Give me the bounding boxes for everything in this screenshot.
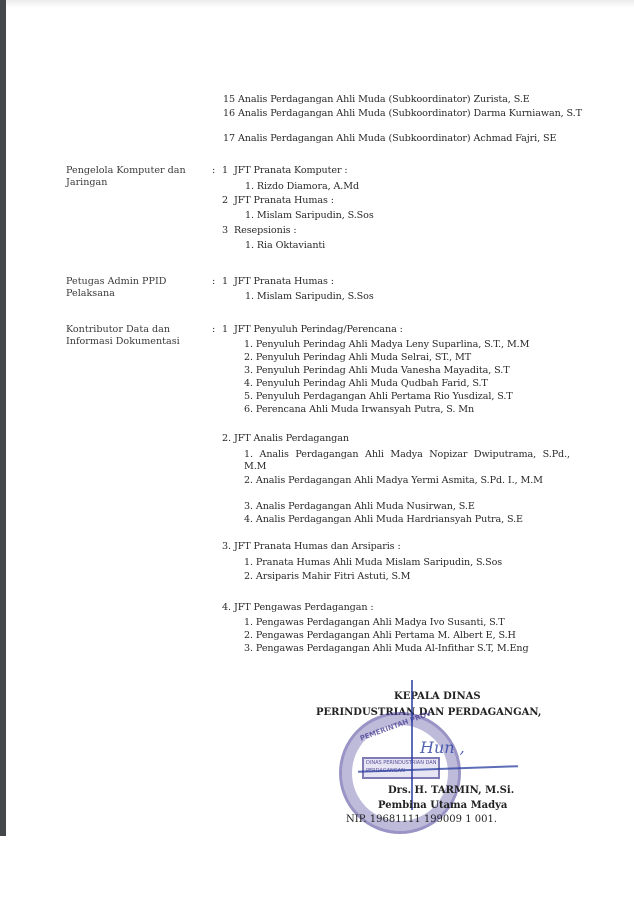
list-item: 17 Analis Perdagangan Ahli Muda (Subkoor… (223, 133, 597, 145)
member: 2. Pengawas Perdagangan Ahli Pertama M. … (244, 630, 516, 642)
member: 3. Penyuluh Perindag Ahli Muda Vanesha M… (244, 365, 510, 377)
group-number: 1 (222, 276, 228, 288)
member: 2. Penyuluh Perindag Ahli Muda Selrai, S… (244, 352, 471, 364)
member: 1. Analis Perdagangan Ahli Madya Nopizar… (244, 449, 570, 473)
list-item: 15 Analis Perdagangan Ahli Muda (Subkoor… (223, 94, 530, 106)
item-text: Analis Perdagangan Ahli Muda (Subkoordin… (238, 94, 530, 105)
group-title: Resepsionis : (234, 225, 297, 237)
signature-title: KEPALA DINAS (394, 690, 481, 703)
group-number: 4. (222, 602, 231, 614)
signatory-name: Drs. H. TARMIN, M.Si. (388, 784, 514, 797)
member: 2. Arsiparis Mahir Fitri Astuti, S.M (244, 571, 410, 583)
member: 2. Analis Perdagangan Ahli Madya Yermi A… (244, 475, 570, 487)
member: 1. Mislam Saripudin, S.Sos (245, 210, 374, 222)
colon: : (212, 276, 215, 288)
group-title: JFT Pranata Humas dan Arsiparis : (234, 541, 401, 553)
item-number: 17 (223, 133, 235, 144)
group-number: 1 (222, 324, 228, 336)
group-title: JFT Pranata Humas : (234, 276, 334, 288)
list-item: 16 Analis Perdagangan Ahli Muda (Subkoor… (223, 108, 597, 120)
group-number: 3. (222, 541, 231, 553)
signatory-nip: NIP. 19681111 199009 1 001. (346, 813, 497, 826)
item-text: Analis Perdagangan Ahli Muda (Subkoordin… (238, 108, 582, 119)
colon: : (212, 165, 215, 177)
item-text: Analis Perdagangan Ahli Muda (Subkoordin… (238, 133, 556, 144)
member: 1. Mislam Saripudin, S.Sos (245, 291, 374, 303)
group-title: JFT Penyuluh Perindag/Perencana : (234, 324, 403, 336)
item-number: 16 (223, 108, 235, 119)
member: 3. Analis Perdagangan Ahli Muda Nusirwan… (244, 501, 475, 513)
group-number: 1 (222, 165, 228, 177)
signature-scribble: Hun , (420, 738, 465, 757)
section-label: Pengelola Komputer dan Jaringan (66, 165, 211, 189)
group-number: 2. (222, 433, 231, 445)
item-number: 15 (223, 94, 235, 105)
section-label: Kontributor Data dan Informasi Dokumenta… (66, 324, 206, 348)
group-title: JFT Pengawas Perdagangan : (234, 602, 374, 614)
member: 1. Ria Oktavianti (245, 240, 325, 252)
member: 6. Perencana Ahli Muda Irwansyah Putra, … (244, 404, 474, 416)
group-number: 2 (222, 195, 228, 207)
member: 1. Penyuluh Perindag Ahli Madya Leny Sup… (244, 339, 529, 351)
member: 1. Rizdo Diamora, A.Md (245, 181, 359, 193)
section-label: Petugas Admin PPID Pelaksana (66, 276, 211, 300)
group-title: JFT Pranata Komputer : (234, 165, 348, 177)
colon: : (212, 324, 215, 336)
group-number: 3 (222, 225, 228, 237)
group-title: JFT Analis Perdagangan (234, 433, 349, 445)
group-title: JFT Pranata Humas : (234, 195, 334, 207)
member: 5. Penyuluh Perdagangan Ahli Pertama Rio… (244, 391, 513, 403)
member: 4. Analis Perdagangan Ahli Muda Hardrian… (244, 514, 523, 526)
member: 4. Penyuluh Perindag Ahli Muda Qudbah Fa… (244, 378, 488, 390)
member: 1. Pranata Humas Ahli Muda Mislam Saripu… (244, 557, 502, 569)
signatory-rank: Pembina Utama Madya (378, 799, 507, 812)
document-page: 15 Analis Perdagangan Ahli Muda (Subkoor… (6, 0, 634, 836)
member: 3. Pengawas Perdagangan Ahli Muda Al-Inf… (244, 643, 529, 655)
member: 1. Pengawas Perdagangan Ahli Madya Ivo S… (244, 617, 505, 629)
